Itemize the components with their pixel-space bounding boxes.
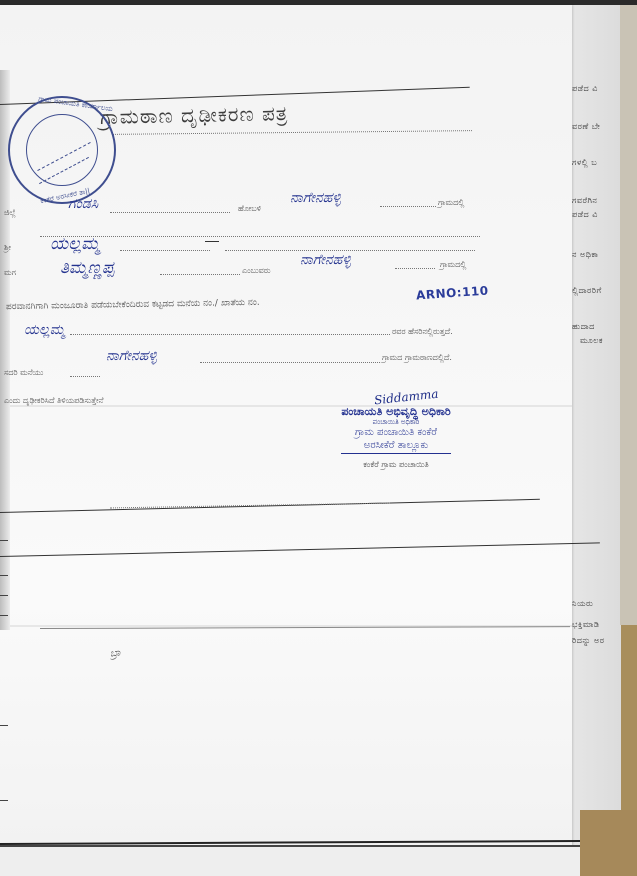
page-title: ಗ್ರಾಮಠಾಣ ದೃಢೀಕರಣ ಪತ್ರ [100,101,289,129]
signatory-block: Siddamma ಪಂಚಾಯತಿ ಅಭಿವೃದ್ಧಿ ಅಧಿಕಾರಿ ಪಂಚಾಯ… [296,386,496,470]
scribble-mark: ಬ್ರಾ [109,647,121,659]
back-sheet-line: ಮೂಲಕ [580,336,603,346]
office-seal: ಗ್ರಾಮ ಪಂಚಾಯತಿ ಕಾರ್ಯಾಲಯ ಕಂಕೆರೆ ಅರಸೀಕೆರೆ ತ… [8,96,116,204]
handwritten-father-name: ತಿಮ್ಮಣ್ಣಪ್ಪ [60,258,114,278]
handwritten-village: ನಾಗೇನಹಳ್ಳಿ [106,348,157,364]
handwritten-hobli: ಗಂಡಸಿ [68,196,98,212]
field-label: ಜಿಲ್ಲೆ [4,208,16,218]
back-sheet-line: ಗಳಲ್ಲಿ ಬ [572,158,597,168]
back-sheet-edge [620,5,637,625]
field-label: ಗ್ರಾಮದಲ್ಲಿ [438,198,464,208]
signatory-sub: ಪಂಚಾಯಿತಿ ಅಧಿಕಾರಿ [296,418,496,426]
field-label: ಮಗ [4,268,16,278]
field-text: ಎಂದು ದೃಢೀಕರಿಸಿದೆ ತಿಳಿಯಪಡಿಸುತ್ತೇನೆ [4,396,103,406]
handwritten-owner-name: ಯಲ್ಲಮ್ಮ [24,322,65,338]
handwritten-name: ಯಲ್ಲಮ್ಮ [50,234,100,254]
back-sheet-line: ನಿಯರು [572,599,593,609]
field-label: ಶ್ರೀ [4,243,11,253]
back-sheet-line: ನ ಅಧಿಕಾ [572,250,598,260]
field-label: ಎಂಬುವರು [242,266,271,276]
signatory-footer: ಕಂಕೆರೆ ಗ್ರಾಮ ಪಂಚಾಯಿತಿ [296,460,496,470]
signatory-taluk: ಅರಸೀಕೆರೆ ತಾಲ್ಲೂಕು [296,439,496,452]
field-label: ರವರ ಹೆಸರಿನಲ್ಲಿರುತ್ತದೆ. [392,327,453,337]
back-sheet-line: ಪಡೆದ ವಿ [572,84,598,94]
field-label: ಹೋಬಳಿ [238,204,261,214]
handwritten-village: ನಾಗೇನಹಳ್ಳಿ [290,190,341,206]
underlying-sheet [0,845,580,876]
back-sheet-line: ಪಡೆದ ವಿ [572,210,598,220]
back-sheet-line: ರಿದನ್ನು ಅರ [572,636,605,646]
field-label: ಗ್ರಾಮದಲ್ಲಿ [440,260,466,270]
back-sheet-line: ಗವರೆಗಿನ [572,196,597,206]
back-sheet-line: ಹುದಾದ [572,322,595,332]
signatory-designation: ಪಂಚಾಯತಿ ಅಭಿವೃದ್ಧಿ ಅಧಿಕಾರಿ [296,405,496,418]
signatory-office: ಗ್ರಾಮ ಪಂಚಾಯಿತಿ ಕಂಕೆರೆ [296,426,496,439]
back-sheet-line: ಭಕ್ತಿಮಾಡಿ [572,620,599,630]
back-sheet-line: ಲ್ಲಿದಾರರಿಗೆ [572,286,602,296]
field-label: ಸದರಿ ಮನೆಯು [4,368,43,378]
field-label: ಗ್ರಾಮದ ಗ್ರಾಮಠಾಣದಲ್ಲಿದೆ. [382,353,452,363]
handwritten-village: ನಾಗೇನಹಳ್ಳಿ [300,252,351,268]
background-table [580,810,637,876]
back-sheet-line: ವರಣೆ ಬೇ [572,122,600,132]
